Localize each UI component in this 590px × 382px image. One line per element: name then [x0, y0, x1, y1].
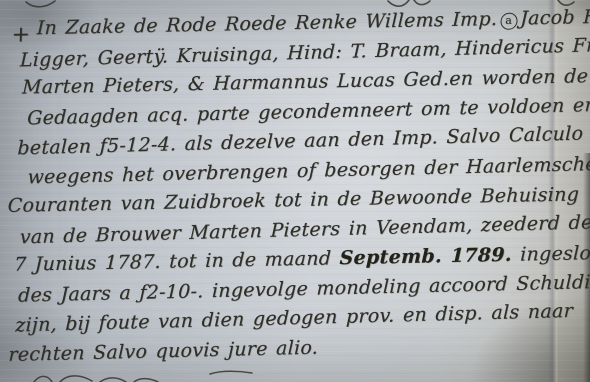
line-text: 7 Junius 1787. tot in de maand	[14, 247, 340, 276]
manuscript-text-block: + In Zaake de Rode Roede Renke Willems I…	[0, 2, 590, 370]
line-text: ingesloten	[511, 242, 590, 266]
line-text-emphasized: Septemb. 1789.	[339, 244, 512, 269]
line-text: In Zaake de Rode Roede Renke Willems Imp…	[36, 8, 497, 39]
contra-symbol: a	[500, 13, 518, 30]
manuscript-photo: + In Zaake de Rode Roede Renke Willems I…	[0, 0, 590, 382]
line-text: Jacob Harms	[520, 5, 590, 30]
